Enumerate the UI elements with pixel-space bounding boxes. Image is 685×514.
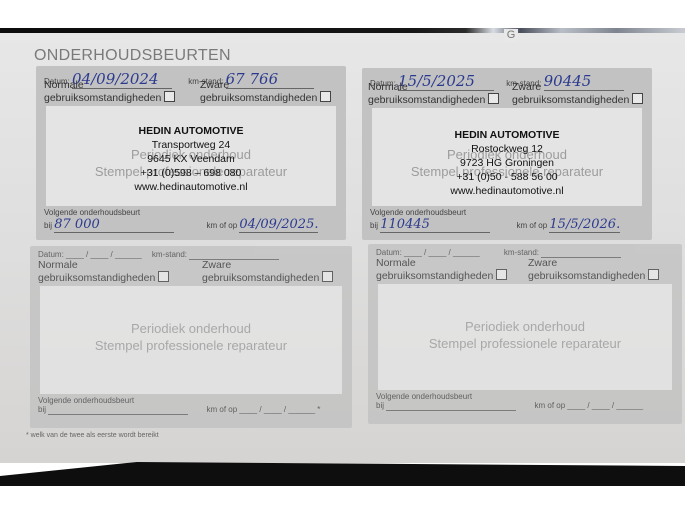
stamp-company: HEDIN AUTOMOTIVE [372, 128, 642, 142]
heavy-conditions: Zware gebruiksomstandigheden [202, 260, 333, 284]
date-blank[interactable]: ____ / ____ / ______ [404, 248, 480, 257]
normal-conditions: Normale gebruiksomstandigheden [44, 80, 175, 104]
heavy-label-2: gebruiksomstandigheden [528, 270, 645, 282]
date-blank[interactable]: ____ / ____ / ______ [66, 250, 142, 259]
normal-label-2: gebruiksomstandigheden [376, 270, 493, 282]
heavy-conditions: Zware gebruiksomstandigheden [528, 258, 659, 282]
heavy-label-1: Zware [202, 260, 333, 271]
stamp-phone: +31 (0)50 - 588 56 00 [372, 170, 642, 184]
stamp-area: Periodiek onderhoud Stempel professionel… [372, 108, 642, 206]
normal-label-1: Normale [44, 80, 175, 91]
next-km-blank[interactable] [386, 401, 516, 411]
heavy-conditions-checkbox[interactable] [632, 93, 643, 104]
page-title: ONDERHOUDSBEURTEN [34, 47, 231, 65]
photo-top-border [0, 0, 685, 28]
photo-bottom-border [0, 486, 685, 514]
stamp-company: HEDIN AUTOMOTIVE [46, 124, 336, 138]
stamp-phone: +31 (0)598 – 698 080 [46, 166, 336, 180]
heavy-conditions-checkbox[interactable] [648, 269, 659, 280]
km-or-on-label: km of op [206, 405, 237, 414]
stamp-website: www.hedinautomotive.nl [372, 184, 642, 198]
normal-conditions: Normale gebruiksomstandigheden [376, 258, 507, 282]
heavy-label-2: gebruiksomstandigheden [512, 94, 629, 106]
stamp-placeholder: Periodiek onderhoud Stempel professionel… [378, 318, 672, 352]
normal-conditions-checkbox[interactable] [164, 91, 175, 102]
normal-label-1: Normale [38, 260, 169, 271]
heavy-label-1: Zware [200, 80, 331, 91]
next-service-label: Volgende onderhoudsbeurt [44, 208, 338, 217]
next-service-row: Volgende onderhoudsbeurt bij km of op __… [376, 392, 674, 420]
next-service-row: Volgende onderhoudsbeurt bij 110445 km o… [370, 208, 644, 236]
date-label: Datum: [38, 250, 64, 259]
stamp-area: Periodiek onderhoud Stempel professionel… [40, 286, 342, 394]
stamp-street: Transportweg 24 [46, 138, 336, 152]
photo-background-bottom [0, 462, 685, 486]
placeholder-line-2: Stempel professionele reparateur [378, 335, 672, 352]
normal-conditions: Normale gebruiksomstandigheden [368, 82, 499, 106]
next-service-row: Volgende onderhoudsbeurt bij km of op __… [38, 396, 344, 424]
at-label: bij [370, 221, 378, 230]
heavy-conditions-checkbox[interactable] [322, 271, 333, 282]
dealer-stamp: HEDIN AUTOMOTIVE Rostockweg 12 9723 HG G… [372, 128, 642, 198]
km-or-on-label: km of op [534, 401, 565, 410]
next-date-blank[interactable]: ____ / ____ / ______ [567, 401, 643, 410]
next-service-label: Volgende onderhoudsbeurt [376, 392, 674, 401]
service-entry-1: Datum: 04/09/2024 km-stand: 67 766 Norma… [36, 66, 346, 240]
next-date-value: 15/5/2026. [549, 217, 620, 233]
at-label: bij [38, 405, 46, 414]
heavy-label-1: Zware [512, 82, 643, 93]
next-km-value: 87 000 [54, 217, 174, 233]
date-km-row: Datum: ____ / ____ / ______ km-stand: [376, 248, 674, 258]
normal-conditions: Normale gebruiksomstandigheden [38, 260, 169, 284]
placeholder-line-2: Stempel professionele reparateur [40, 337, 342, 354]
service-entry-3: Datum: ____ / ____ / ______ km-stand: No… [30, 246, 352, 428]
heavy-conditions: Zware gebruiksomstandigheden [512, 82, 643, 106]
next-service-label: Volgende onderhoudsbeurt [38, 396, 344, 405]
date-label: Datum: [376, 248, 402, 257]
km-or-on-label: km of op [516, 221, 547, 230]
dealer-stamp: HEDIN AUTOMOTIVE Transportweg 24 9645 KX… [46, 124, 336, 194]
placeholder-line-1: Periodiek onderhoud [378, 318, 672, 335]
next-service-row: Volgende onderhoudsbeurt bij 87 000 km o… [44, 208, 338, 236]
normal-label-2: gebruiksomstandigheden [44, 92, 161, 104]
stamp-city: 9645 KX Veendam [46, 152, 336, 166]
km-label: km-stand: [152, 250, 187, 259]
km-label: km-stand: [504, 248, 539, 257]
next-service-label: Volgende onderhoudsbeurt [370, 208, 644, 217]
at-label: bij [376, 401, 384, 410]
normal-conditions-checkbox[interactable] [496, 269, 507, 280]
stamp-area: Periodiek onderhoud Stempel professionel… [378, 284, 672, 390]
next-km-value: 110445 [380, 217, 490, 233]
normal-label-1: Normale [376, 258, 507, 269]
placeholder-line-1: Periodiek onderhoud [40, 320, 342, 337]
heavy-conditions: Zware gebruiksomstandigheden [200, 80, 331, 104]
date-km-row: Datum: ____ / ____ / ______ km-stand: [38, 250, 344, 260]
heavy-label-2: gebruiksomstandigheden [202, 272, 319, 284]
heavy-label-1: Zware [528, 258, 659, 269]
footnote: * welk van de twee als eerste wordt bere… [26, 432, 159, 439]
normal-label-2: gebruiksomstandigheden [38, 272, 155, 284]
heavy-label-2: gebruiksomstandigheden [200, 92, 317, 104]
next-date-value: 04/09/2025. [239, 217, 318, 233]
stamp-street: Rostockweg 12 [372, 142, 642, 156]
at-label: bij [44, 221, 52, 230]
normal-label-2: gebruiksomstandigheden [368, 94, 485, 106]
stamp-website: www.hedinautomotive.nl [46, 180, 336, 194]
heavy-conditions-checkbox[interactable] [320, 91, 331, 102]
next-date-blank[interactable]: ____ / ____ / ______ * [239, 405, 320, 414]
stamp-area: Periodiek onderhoud Stempel professionel… [46, 106, 336, 206]
service-entry-4: Datum: ____ / ____ / ______ km-stand: No… [368, 244, 682, 424]
km-or-on-label: km of op [206, 221, 237, 230]
normal-label-1: Normale [368, 82, 499, 93]
service-entry-2: Datum: 15/5/2025 km-stand: 90445 Normale… [362, 68, 652, 240]
normal-conditions-checkbox[interactable] [488, 93, 499, 104]
stamp-placeholder: Periodiek onderhoud Stempel professionel… [40, 320, 342, 354]
stamp-city: 9723 HG Groningen [372, 156, 642, 170]
g-logo-icon: G [504, 29, 518, 42]
next-km-blank[interactable] [48, 405, 188, 415]
normal-conditions-checkbox[interactable] [158, 271, 169, 282]
